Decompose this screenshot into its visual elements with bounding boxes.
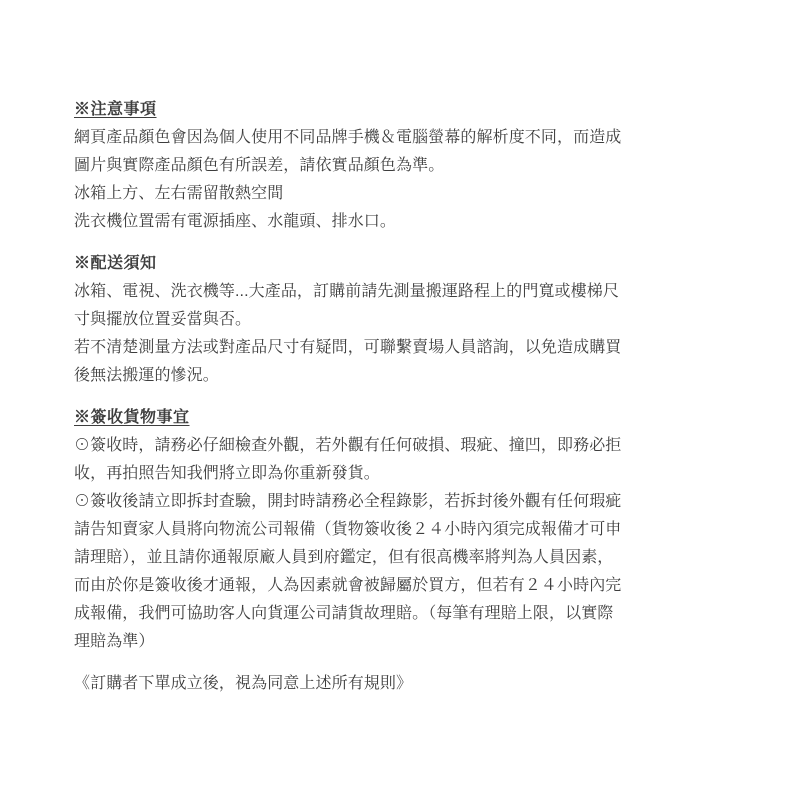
agreement-note: 《訂購者下單成立後，視為同意上述所有規則》: [74, 670, 734, 698]
notice-document: ※注意事項 網頁產品顏色會因為個人使用不同品牌手機＆電腦螢幕的解析度不同，而造成…: [74, 96, 734, 698]
text-line: 洗衣機位置需有電源插座、水龍頭、排水口。: [74, 208, 734, 236]
text-line: 若不清楚測量方法或對產品尺寸有疑問，可聯繫賣場人員諮詢，以免造成購買: [74, 334, 734, 362]
text-line: 成報備，我們可協助客人向貨運公司請貨故理賠。（每筆有理賠上限，以實際: [74, 600, 734, 628]
text-line: 理賠為準）: [74, 628, 734, 656]
notice-page: ※注意事項 網頁產品顏色會因為個人使用不同品牌手機＆電腦螢幕的解析度不同，而造成…: [0, 0, 800, 800]
text-line: 請告知賣家人員將向物流公司報備（貨物簽收後２４小時內須完成報備才可申: [74, 516, 734, 544]
text-line: ⊙簽收時，請務必仔細檢查外觀，若外觀有任何破損、瑕疵、撞凹，即務必拒: [74, 432, 734, 460]
section-attention: ※注意事項 網頁產品顏色會因為個人使用不同品牌手機＆電腦螢幕的解析度不同，而造成…: [74, 96, 734, 236]
text-line: 而由於你是簽收後才通報，人為因素就會被歸屬於買方，但若有２４小時內完: [74, 572, 734, 600]
section-attention-heading: ※注意事項: [74, 96, 734, 124]
text-line: 冰箱上方、左右需留散熱空間: [74, 180, 734, 208]
text-line: 寸與擺放位置妥當與否。: [74, 306, 734, 334]
section-delivery: ※配送須知 冰箱、電視、洗衣機等...大產品，訂購前請先測量搬運路程上的門寬或樓…: [74, 250, 734, 390]
text-line: 後無法搬運的慘況。: [74, 362, 734, 390]
text-line: ⊙簽收後請立即拆封查驗，開封時請務必全程錄影，若拆封後外觀有任何瑕疵: [74, 488, 734, 516]
text-line: 收，再拍照告知我們將立即為你重新發貨。: [74, 460, 734, 488]
text-line: 請理賠），並且請你通報原廠人員到府鑑定，但有很高機率將判為人員因素，: [74, 544, 734, 572]
section-delivery-heading: ※配送須知: [74, 250, 734, 278]
text-line: 冰箱、電視、洗衣機等...大產品，訂購前請先測量搬運路程上的門寬或樓梯尺: [74, 278, 734, 306]
section-receiving-heading: ※簽收貨物事宜: [74, 404, 734, 432]
section-receiving: ※簽收貨物事宜 ⊙簽收時，請務必仔細檢查外觀，若外觀有任何破損、瑕疵、撞凹，即務…: [74, 404, 734, 656]
text-line: 圖片與實際產品顏色有所誤差，請依實品顏色為準。: [74, 152, 734, 180]
text-line: 網頁產品顏色會因為個人使用不同品牌手機＆電腦螢幕的解析度不同，而造成: [74, 124, 734, 152]
